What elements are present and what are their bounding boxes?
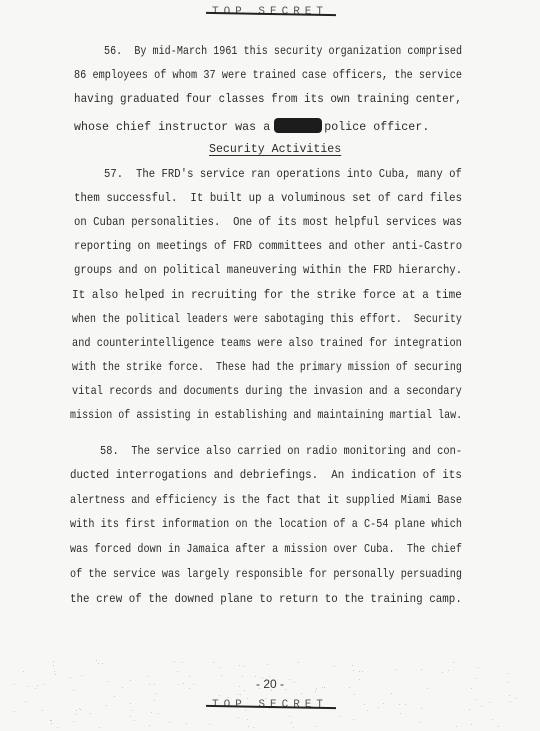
paper-speck (122, 687, 123, 688)
paper-speck (239, 665, 240, 666)
paper-speck (267, 664, 268, 665)
paper-speck (155, 693, 156, 694)
paper-speck (498, 726, 499, 727)
paragraph-58-line-4: with its first information on the locati… (70, 518, 462, 531)
paper-speck (478, 667, 479, 668)
paragraph-57-line-1: 57. The FRD's service ran operations int… (104, 168, 462, 181)
paper-speck (448, 670, 449, 671)
paper-speck (209, 724, 210, 725)
paragraph-58-line-1: 58. The service also carried on radio mo… (100, 445, 462, 458)
page-number: - 20 - (0, 677, 540, 691)
paragraph-58-line-6: of the service was largely responsible f… (70, 568, 462, 581)
paper-speck (76, 710, 77, 711)
paragraph-57-line-10: vital records and documents during the i… (72, 385, 462, 398)
paper-speck (507, 682, 508, 683)
paper-speck (516, 698, 517, 699)
paper-speck (182, 662, 183, 663)
paper-speck (130, 716, 131, 717)
paper-speck (177, 671, 178, 672)
paper-speck (219, 695, 220, 696)
paper-speck (158, 713, 159, 714)
redaction-box (274, 118, 322, 133)
paper-speck (315, 690, 316, 691)
paper-speck (340, 716, 341, 717)
paragraph-56-line-3: having graduated four classes from its o… (74, 93, 462, 106)
paper-speck (469, 709, 470, 710)
paper-speck (421, 669, 422, 670)
classification-footer: TOP SECRET (0, 699, 540, 711)
classification-bottom-text: TOP SECRET (212, 699, 328, 711)
paper-speck (293, 727, 294, 728)
paper-speck (255, 676, 256, 677)
paper-speck (240, 694, 241, 695)
paragraph-56-line-4: whose chief instructor was apolice offic… (74, 118, 429, 134)
paper-speck (359, 671, 360, 672)
paper-speck (169, 722, 170, 723)
paper-speck (53, 665, 54, 666)
paragraph-57-line-9: with the strike force. These had the pri… (72, 361, 462, 374)
paper-speck (492, 719, 493, 720)
paper-speck (134, 720, 135, 721)
paper-speck (316, 726, 317, 727)
paper-speck (107, 681, 108, 682)
paper-speck (90, 713, 91, 714)
paper-speck (174, 661, 175, 662)
paper-speck (193, 684, 194, 685)
paragraph-57-line-5: groups and on political maneuvering with… (74, 264, 462, 277)
paper-speck (57, 727, 58, 728)
paper-speck (70, 677, 71, 678)
paper-speck (42, 710, 43, 711)
paper-speck (367, 710, 368, 711)
paper-speck (509, 695, 510, 696)
paper-speck (298, 662, 299, 663)
paper-speck (354, 694, 355, 695)
paper-speck (322, 687, 323, 688)
paper-speck (391, 693, 392, 694)
paper-speck (51, 723, 52, 724)
paper-speck (399, 704, 400, 705)
paper-speck (154, 684, 155, 685)
paper-speck (53, 661, 54, 662)
paper-speck (96, 660, 97, 661)
paragraph-57-line-11: mission of assisting in establishing and… (70, 409, 462, 422)
paragraph-57-line-7: when the political leaders were sabotagi… (72, 313, 462, 326)
paper-speck (396, 669, 397, 670)
paper-speck (37, 685, 38, 686)
paper-speck (507, 673, 508, 674)
paragraph-57-line-8: and counterintelligence teams were also … (72, 337, 462, 350)
paper-speck (301, 693, 302, 694)
paper-speck (353, 670, 354, 671)
paragraph-57-line-2: them successful. It built up a voluminou… (74, 192, 462, 205)
paragraph-57-line-3: on Cuban personalities. One of its most … (74, 216, 462, 229)
paper-speck (213, 662, 214, 663)
paper-speck (149, 725, 150, 726)
paper-speck (102, 663, 103, 664)
paragraph-58-line-3: alertness and efficiency is the fact tha… (70, 494, 462, 507)
paper-speck (54, 671, 55, 672)
paper-speck (353, 719, 354, 720)
classification-header: TOP SECRET (0, 6, 540, 18)
paper-speck (456, 726, 457, 727)
paper-speck (247, 719, 248, 720)
paper-speck (98, 663, 99, 664)
paper-speck (130, 680, 131, 681)
paper-speck (289, 716, 290, 717)
paper-speck (73, 690, 74, 691)
paper-speck (23, 671, 24, 672)
paper-speck (114, 696, 115, 697)
paper-speck (285, 689, 286, 690)
paper-speck (99, 727, 100, 728)
paper-speck (253, 727, 254, 728)
paper-speck (151, 712, 152, 713)
paper-speck (269, 708, 270, 709)
paper-speck (242, 676, 243, 677)
paper-speck (35, 688, 36, 689)
paper-speck (248, 726, 249, 727)
classification-top-text: TOP SECRET (212, 6, 328, 18)
paper-speck (352, 665, 353, 666)
paper-speck (239, 686, 240, 687)
paper-speck (315, 692, 316, 693)
paragraph-56-line-1: 56. By mid-March 1961 this security orga… (104, 45, 462, 58)
paper-speck (489, 702, 490, 703)
paper-speck (220, 667, 221, 668)
paper-speck (154, 700, 155, 701)
paper-speck (73, 721, 74, 722)
paragraph-57-line-4: reporting on meetings of FRD committees … (74, 240, 462, 253)
paper-speck (245, 710, 246, 711)
paper-speck (291, 722, 292, 723)
document-page: TOP SECRET 56. By mid-March 1961 this se… (0, 0, 540, 731)
paper-speck (50, 720, 51, 721)
paper-speck (130, 703, 131, 704)
paragraph-58-line-2: ducted interrogations and debriefings. A… (70, 469, 462, 482)
paragraph-56-line-4-tail: police officer. (324, 121, 429, 134)
paper-speck (442, 672, 443, 673)
paragraph-58-line-7: the crew of the downed plane to return t… (70, 593, 462, 606)
paper-speck (55, 674, 56, 675)
paper-speck (475, 699, 476, 700)
paper-speck (471, 724, 472, 725)
paper-speck (14, 711, 15, 712)
paper-speck (244, 666, 245, 667)
paragraph-57-line-6: It also helped in recruiting for the str… (72, 289, 462, 302)
paper-speck (400, 713, 401, 714)
paper-speck (75, 714, 76, 715)
paper-speck (334, 666, 335, 667)
paragraph-56-line-2: 86 employees of whom 37 were trained cas… (74, 69, 462, 82)
paragraph-56-line-4-text: whose chief instructor was a (74, 121, 270, 134)
paper-speck (186, 723, 187, 724)
paragraph-58-line-5: was forced down in Jamaica after a missi… (70, 543, 462, 556)
paper-speck (238, 694, 239, 695)
section-heading: Security Activities (209, 143, 341, 156)
paper-speck (453, 662, 454, 663)
paper-speck (238, 717, 239, 718)
paper-speck (362, 671, 363, 672)
paper-speck (419, 722, 420, 723)
paper-speck (106, 705, 107, 706)
